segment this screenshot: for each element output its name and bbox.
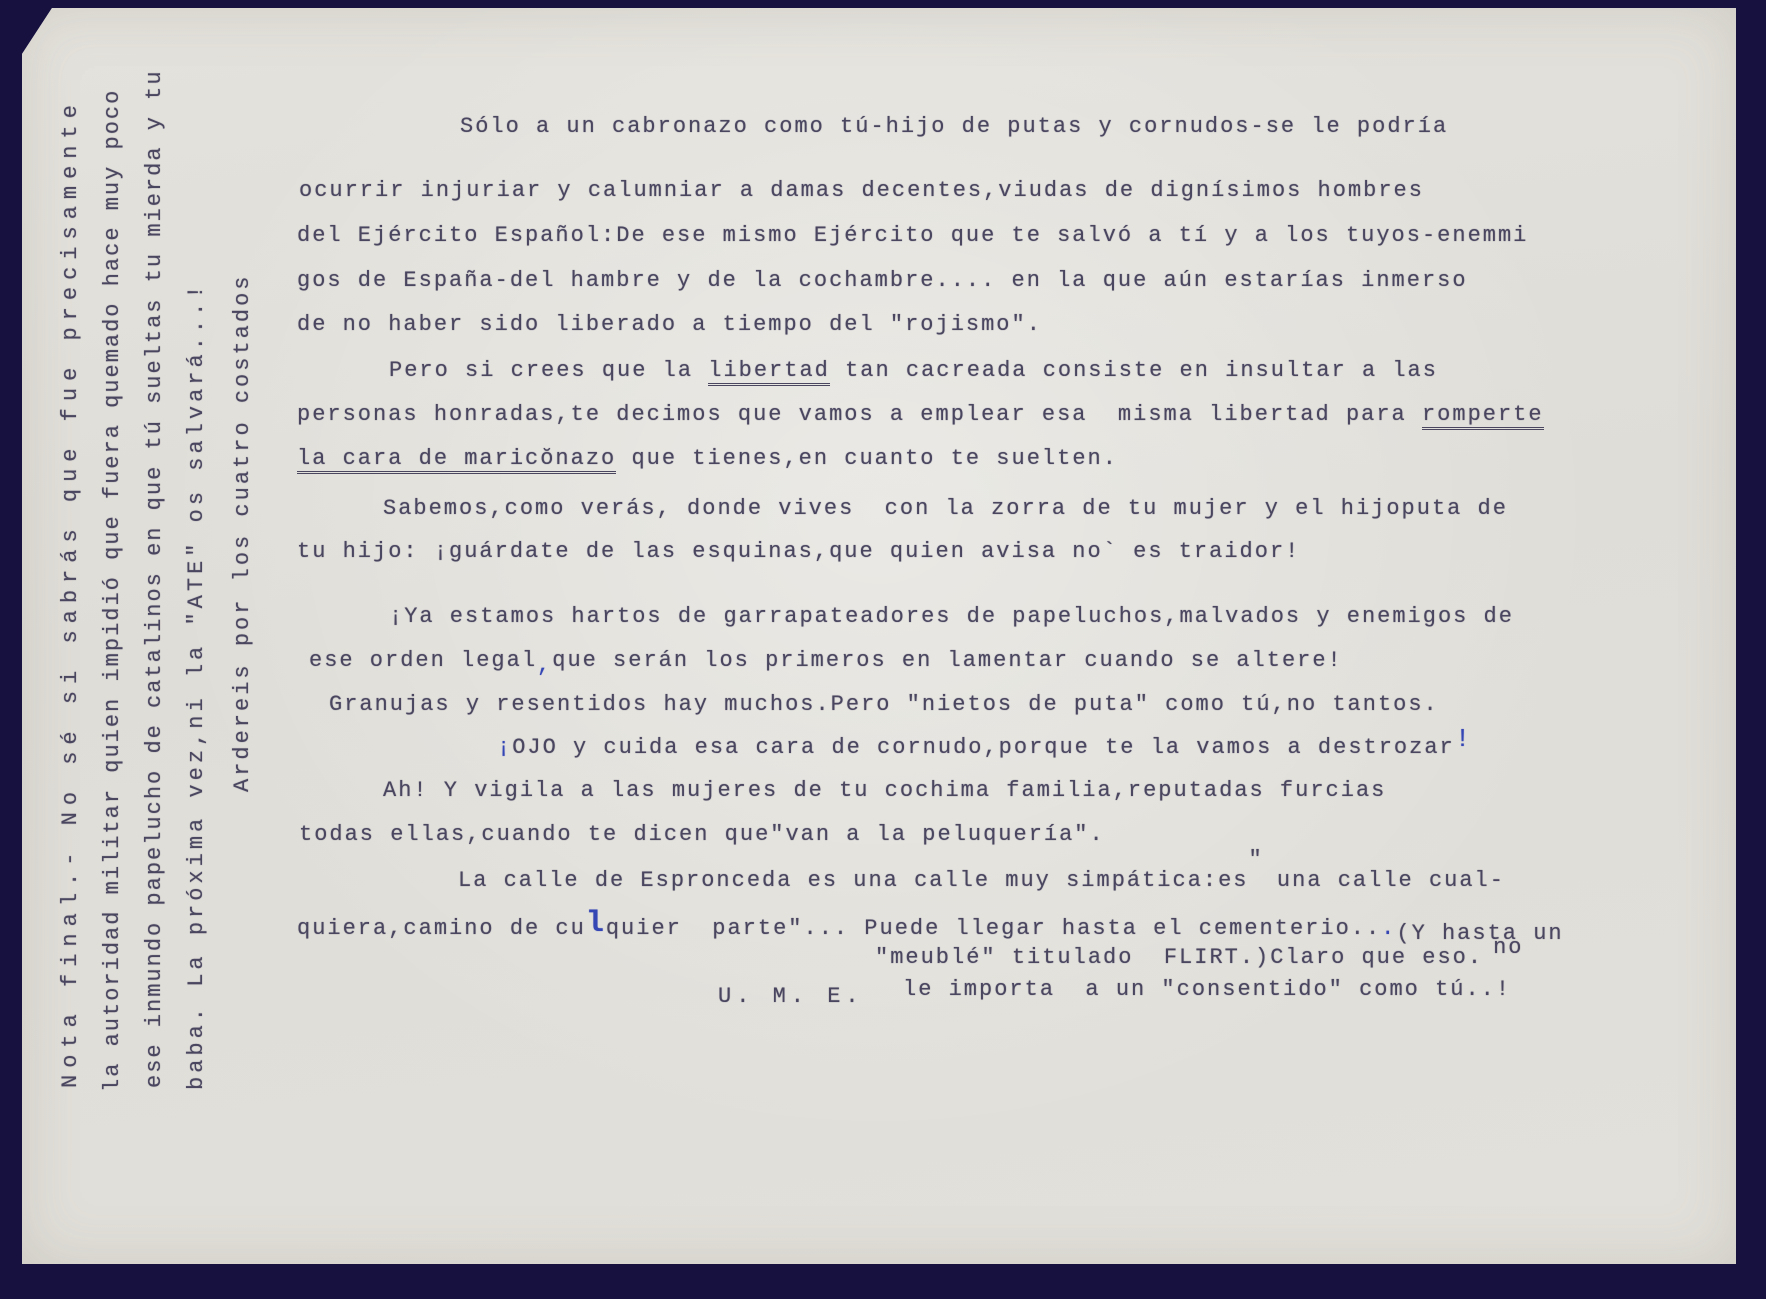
handwritten-opening-exclamation: ¡ [497,735,512,760]
body-line-15: Ah! Y vigila a las mujeres de tu cochima… [383,776,1386,806]
body-line-6-pre: Pero si crees que la [389,358,708,383]
margin-note-line-2: la autoridad militar quien impidió que f… [100,89,126,1092]
body-line-18-mid: quier parte"... Puede llegar hasta el ce… [606,916,1381,941]
body-line-5: de no haber sido liberado a tiempo del "… [297,310,1042,340]
body-line-19-text: "meublé" titulado FLIRT.)Claro que eso. [875,945,1483,970]
body-line-19-raised-word: no [1493,935,1523,960]
body-line-4: gos de España-del hambre y de la cochamb… [297,266,1468,296]
body-line-17-pre: La calle de Espronceda es una calle muy … [458,868,1249,893]
body-line-8: la cara de maricŏnazo que tienes,en cuan… [297,444,1118,474]
body-line-6-underlined-word: libertad [708,358,830,386]
scan-background: Nota final.- No sé si sabrás que fue pre… [0,0,1766,1299]
body-line-14-text: OJO y cuida esa cara de cornudo,porque t… [512,735,1455,760]
margin-note-closing: Ardereis por los cuatro costados [230,274,256,792]
margin-note-line-1: Nota final.- No sé si sabrás que fue pre… [58,98,84,1088]
body-line-9: Sabemos,como verás, donde vives con la z… [383,494,1508,524]
body-line-18: quiera,camino de culquier parte"... Pued… [297,912,1564,944]
body-line-13: Granujas y resentidos hay muchos.Pero "n… [329,690,1439,720]
letter-content: Nota final.- No sé si sabrás que fue pre… [0,0,1766,1299]
body-line-8-post: que tienes,en cuanto te suelten. [616,446,1118,471]
inserted-quote-mark: " [1249,847,1262,872]
handwritten-letter-correction: l [586,907,606,941]
body-line-2: ocurrir injuriar y calumniar a damas dec… [299,176,1424,206]
body-line-7-pre: personas honradas,te decimos que vamos a… [297,402,1422,427]
body-line-12: ese orden legal,que serán los primeros e… [309,646,1343,676]
body-line-14: ¡OJO y cuida esa cara de cornudo,porque … [497,731,1472,763]
body-line-8-underlined-phrase: la cara de maricŏnazo [297,446,616,474]
body-line-17: La calle de Espronceda es una calle muy … [458,866,1505,896]
handwritten-comma: , [537,653,552,678]
body-line-11: ¡Ya estamos hartos de garrapateadores de… [389,602,1514,632]
body-line-7-underlined-word: romperte [1422,402,1544,430]
body-line-19: "meublé" titulado FLIRT.)Claro que eso.n… [875,943,1524,973]
body-line-20: le importa a un "consentido" como tú..! [903,975,1511,1005]
body-line-1: Sólo a un cabronazo como tú-hijo de puta… [460,112,1448,142]
body-line-17-post: una calle cual- [1262,868,1505,893]
margin-note-line-3: ese inmundo papelucho de catalinos en qu… [142,69,168,1088]
body-line-12-pre: ese orden legal [309,648,537,673]
handwritten-closing-exclamation: ! [1455,724,1473,754]
body-line-6: Pero si crees que la libertad tan cacrea… [389,356,1438,386]
body-line-16: todas ellas,cuando te dicen que"van a la… [299,820,1105,850]
signature-ume: U. M. E. [718,982,864,1012]
body-line-3: del Ejército Español:De ese mismo Ejérci… [297,221,1528,251]
body-line-6-post: tan cacreada consiste en insultar a las [830,358,1438,383]
margin-note-line-4: baba. La próxima vez,ni la "ATE" os salv… [184,281,210,1090]
body-line-7: personas honradas,te decimos que vamos a… [297,400,1544,430]
body-line-18-pre: quiera,camino de cu [297,916,586,941]
body-line-12-post: que serán los primeros en lamentar cuand… [552,648,1343,673]
handwritten-dots: . [1381,916,1396,941]
body-line-10: tu hijo: ¡guárdate de las esquinas,que q… [297,537,1300,567]
